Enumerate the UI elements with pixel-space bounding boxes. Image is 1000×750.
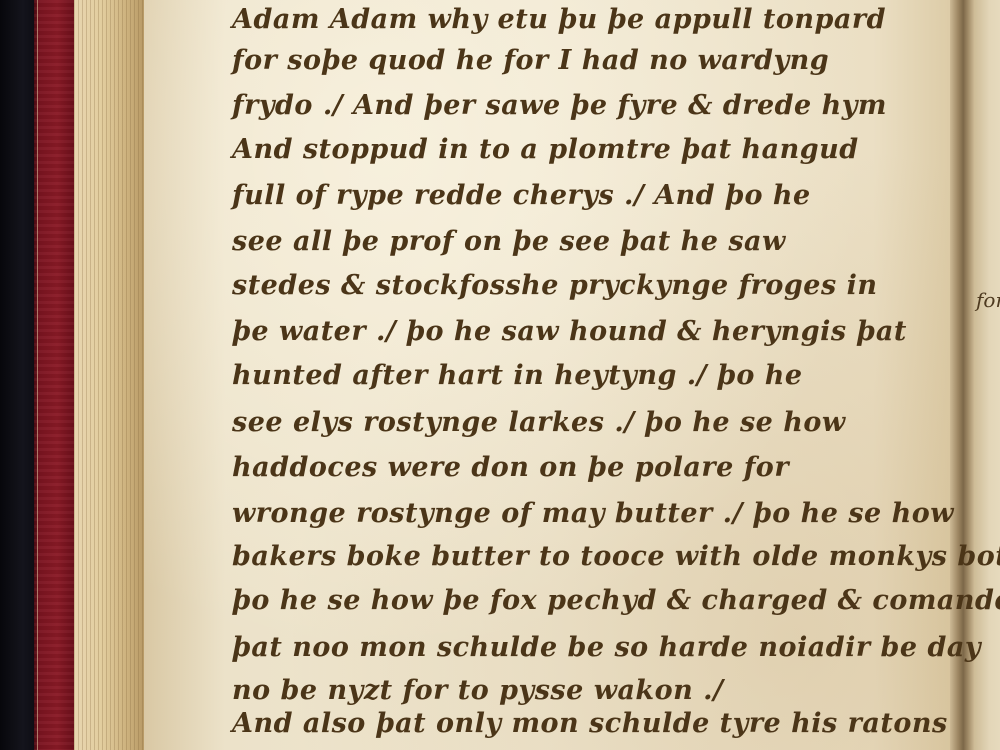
manuscript-line: And also þat only mon schulde tyre his r… [232, 708, 948, 739]
manuscript-line: wronge rostynge of may butter ./ þo he s… [232, 498, 954, 529]
manuscript-line: no be nyzt for to pysse wakon ./ [232, 675, 723, 706]
manuscript-line: hunted after hart in heytyng ./ þo he [232, 360, 803, 391]
manuscript-line: þe water ./ þo he saw hound & heryngis þ… [232, 316, 907, 347]
page-block-edges [74, 0, 144, 750]
manuscript-line: Adam Adam why etu þu þe appull tonpard [232, 4, 886, 35]
manuscript-line: see elys rostynge larkes ./ þo he se how [232, 407, 846, 438]
manuscript-line: frydo ./ And þer sawe þe fyre & drede hy… [232, 90, 887, 121]
manuscript-line: full of rype redde cherys ./ And þo he [232, 180, 811, 211]
red-leather-binding [34, 0, 76, 750]
manuscript-line: And stoppud in to a plomtre þat hangud [232, 134, 859, 165]
manuscript-line: see all þe prof on þe see þat he saw [232, 226, 786, 257]
manuscript-line: for soþe quod he for I had no wardyng [232, 45, 829, 76]
manuscript-line: bakers boke butter to tooce with olde mo… [232, 541, 1000, 572]
manuscript-line: þo he se how þe fox pechyd & charged & c… [232, 585, 1000, 616]
manuscript-line: haddoces were don on þe polare for [232, 452, 789, 483]
manuscript-line: þat noo mon schulde be so harde noiadir … [232, 632, 981, 663]
binding-gilt-line [37, 0, 38, 750]
facing-page-text: for [976, 288, 1000, 312]
dark-backdrop [0, 0, 38, 750]
manuscript-line: stedes & stockfosshe pryckynge froges in [232, 270, 877, 301]
